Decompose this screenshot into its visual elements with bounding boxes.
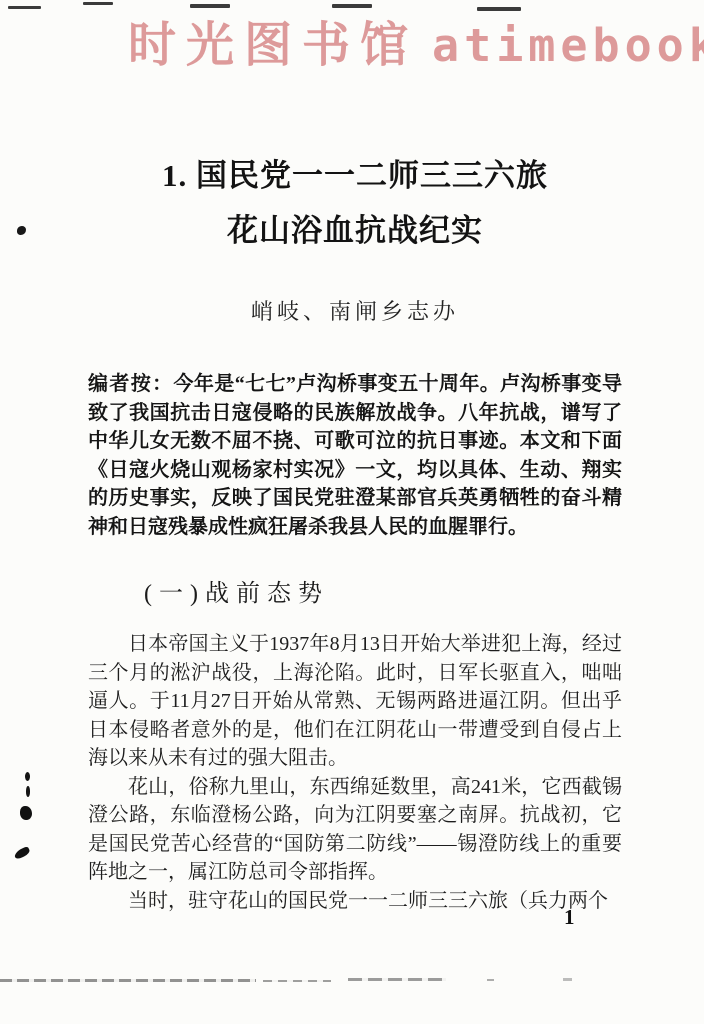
scan-artifact-ink-dot-2 <box>26 786 30 797</box>
scan-artifact-footer-dashes-1 <box>0 979 256 982</box>
scan-artifact-ink-blob-upper <box>17 226 26 235</box>
scan-artifact-ink-dot-1 <box>25 772 30 781</box>
article-title-line1: 1. 国民党一一二师三三六旅 <box>162 158 548 193</box>
body-paragraph-2: 花山，俗称九里山，东西绵延数里，高241米，它西截锡澄公路，东临澄杨公路，向为江… <box>88 773 622 887</box>
scan-artifact-top-dash-1 <box>8 6 41 9</box>
scan-artifact-footer-dashes-4 <box>487 979 494 981</box>
editor-note: 编者按：今年是“七七”卢沟桥事变五十周年。卢沟桥事变导致了我国抗击日寇侵略的民族… <box>88 370 622 541</box>
scan-artifact-footer-dashes-5 <box>563 978 572 981</box>
editor-note-text: 今年是“七七”卢沟桥事变五十周年。卢沟桥事变导致了我国抗击日寇侵略的民族解放战争… <box>88 373 622 538</box>
scanned-book-page: 时光图书馆atimebook.co 1. 国民党一一二师三三六旅 花山浴血抗战纪… <box>0 0 704 1024</box>
editor-note-label: 编者按： <box>88 373 174 395</box>
scan-artifact-ink-flick <box>13 846 31 860</box>
byline: 峭岐、南闸乡志办 <box>88 295 622 326</box>
scan-artifact-ink-blob-lower <box>20 806 32 820</box>
section-heading: (一)战前态势 <box>144 573 622 608</box>
scan-artifact-footer-dashes-2 <box>263 980 331 982</box>
article-title-line2: 花山浴血抗战纪实 <box>227 213 483 248</box>
scan-artifact-footer-dashes-3 <box>348 978 446 981</box>
body-paragraph-1: 日本帝国主义于1937年8月13日开始大举进犯上海，经过三个月的淞沪战役，上海沦… <box>88 630 622 773</box>
page-number: 1 <box>564 905 575 930</box>
page-content: 1. 国民党一一二师三三六旅 花山浴血抗战纪实 峭岐、南闸乡志办 编者按：今年是… <box>88 0 622 915</box>
body-paragraph-3: 当时，驻守花山的国民党一一二师三三六旅（兵力两个 <box>88 887 622 916</box>
article-title: 1. 国民党一一二师三三六旅 花山浴血抗战纪实 <box>88 148 622 258</box>
